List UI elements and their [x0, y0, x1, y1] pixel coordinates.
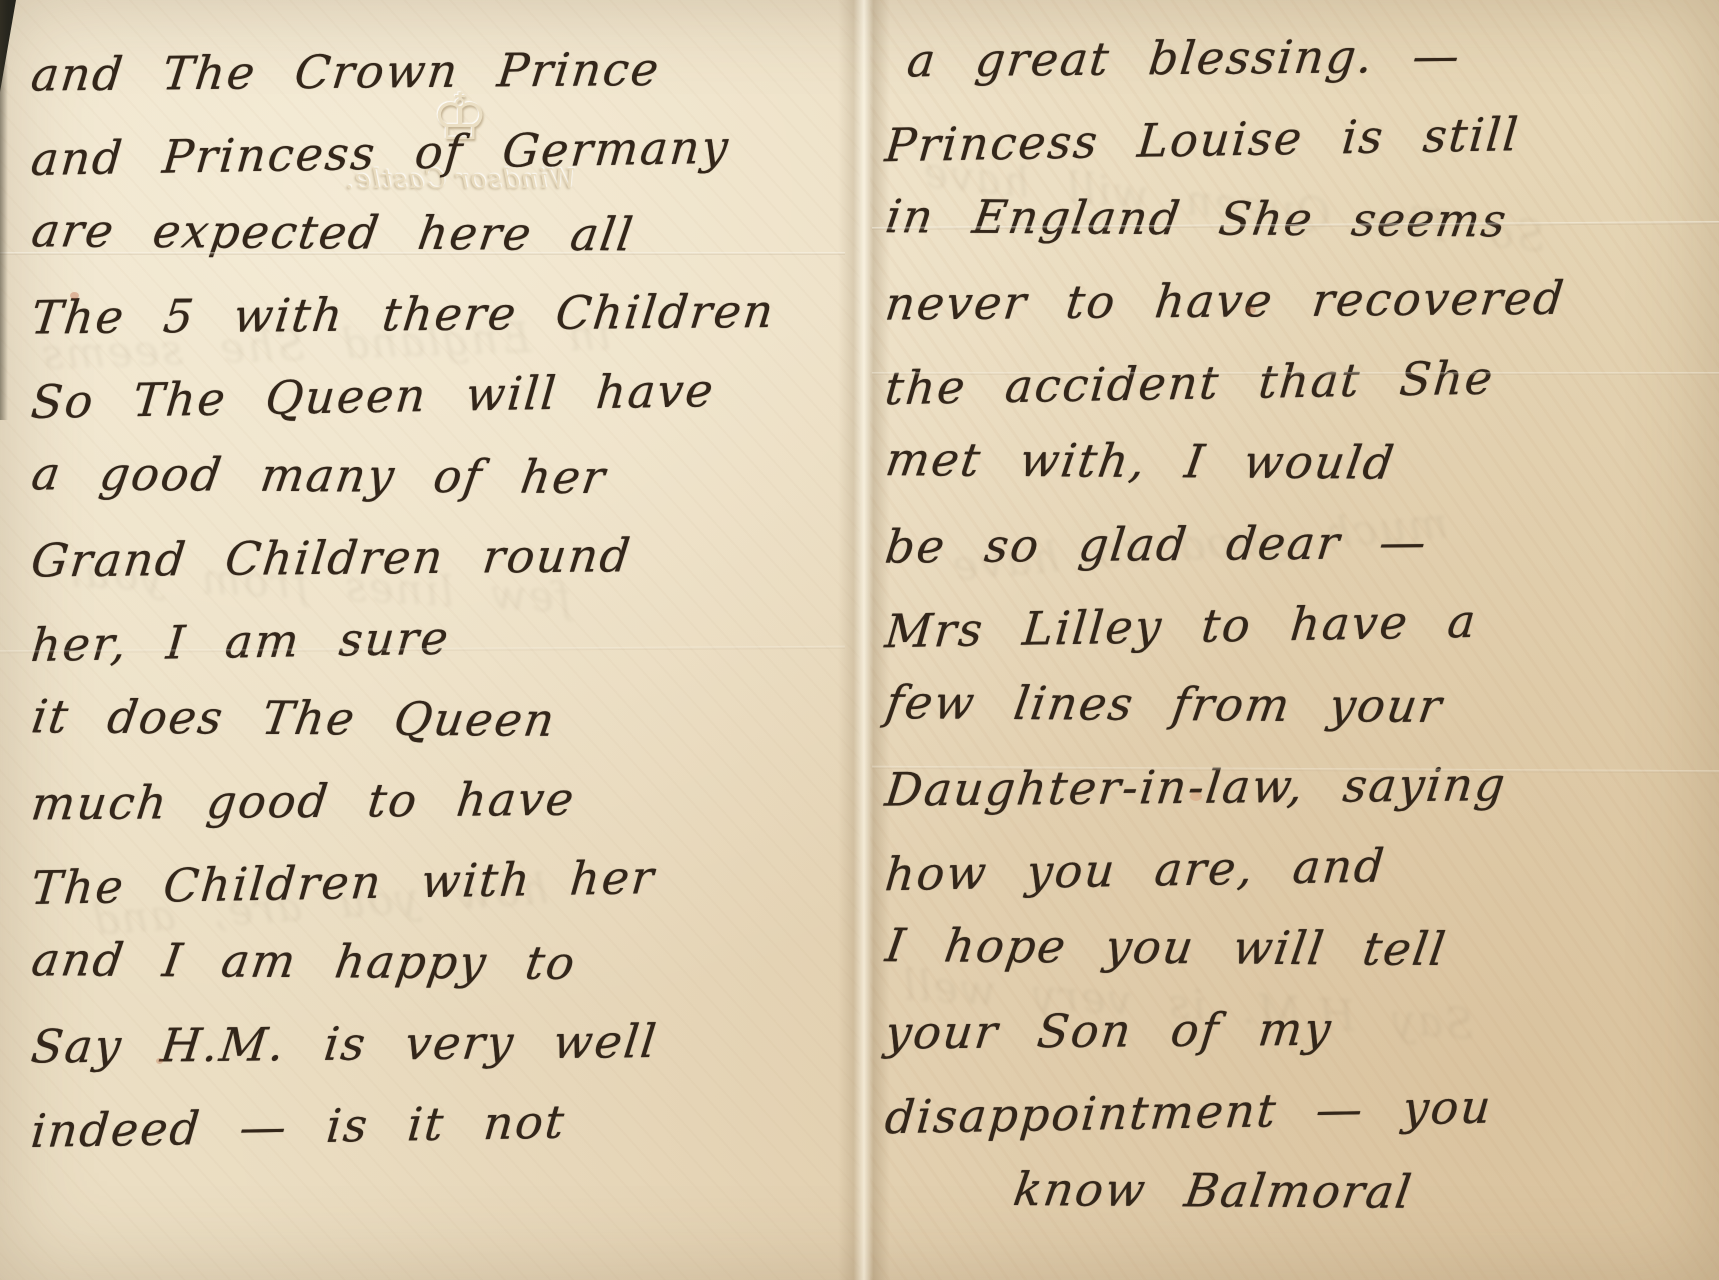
letter-line: Say H.M. is very well: [27, 999, 837, 1087]
horizontal-crease: [0, 252, 845, 255]
letter-line: it does The Queen: [26, 675, 837, 762]
foxing-spot: [156, 1058, 163, 1064]
letter-line: in England She seems: [880, 175, 1717, 262]
letter-line: So The Queen will have: [28, 347, 836, 442]
letter-line: Mrs Lilley to have a: [882, 576, 1716, 671]
letter-line: indeed — is it not: [28, 1076, 836, 1171]
letter-line: much good to have: [27, 756, 837, 844]
letter-line: be so glad dear —: [881, 498, 1717, 586]
letter-line: know Balmoral: [880, 1147, 1717, 1234]
letter-line: few lines from your: [880, 661, 1717, 748]
letter-line: how you are, and: [882, 819, 1716, 914]
letter-line: The 5 with there Children: [27, 270, 837, 358]
letter-line: never to have recovered: [881, 255, 1717, 343]
letter-line: a good many of her: [26, 432, 837, 519]
letter-line: Princess Louise is still: [882, 90, 1716, 185]
letter-line: her, I am sure: [28, 590, 836, 685]
letter-line: a great blessing. —: [881, 12, 1717, 100]
letter-line: met with, I would: [880, 418, 1717, 505]
letter-line: Grand Children round: [27, 513, 837, 601]
horizontal-crease: [872, 372, 1719, 375]
letter-line: are expected here all: [26, 189, 837, 276]
letter-line: disappointment — you: [882, 1062, 1716, 1157]
letter-line: and Princess of Germany: [28, 104, 836, 199]
page-right-text: a great blessing. —Princess Louise is st…: [886, 16, 1712, 1231]
letter-line: the accident that She: [882, 333, 1716, 428]
letter-line: I hope you will tell: [880, 904, 1717, 991]
page-edge-shadow: [0, 0, 8, 420]
letter-line: your Son of my: [881, 984, 1717, 1072]
letter-line: and I am happy to: [26, 918, 837, 1005]
letter-line: and The Crown Prince: [27, 27, 837, 115]
letter-line: Daughter-in-law, saying: [881, 741, 1717, 829]
foxing-spot: [1190, 792, 1202, 801]
foxing-spot: [70, 292, 79, 299]
center-fold-crease: [838, 0, 890, 1280]
foxing-spot: [1246, 306, 1256, 314]
letter-line: The Children with her: [28, 833, 836, 928]
page-left-text: and The Crown Princeand Princess of Germ…: [32, 30, 832, 1164]
letter-scan: in England She seems few lines from your…: [0, 0, 1719, 1280]
